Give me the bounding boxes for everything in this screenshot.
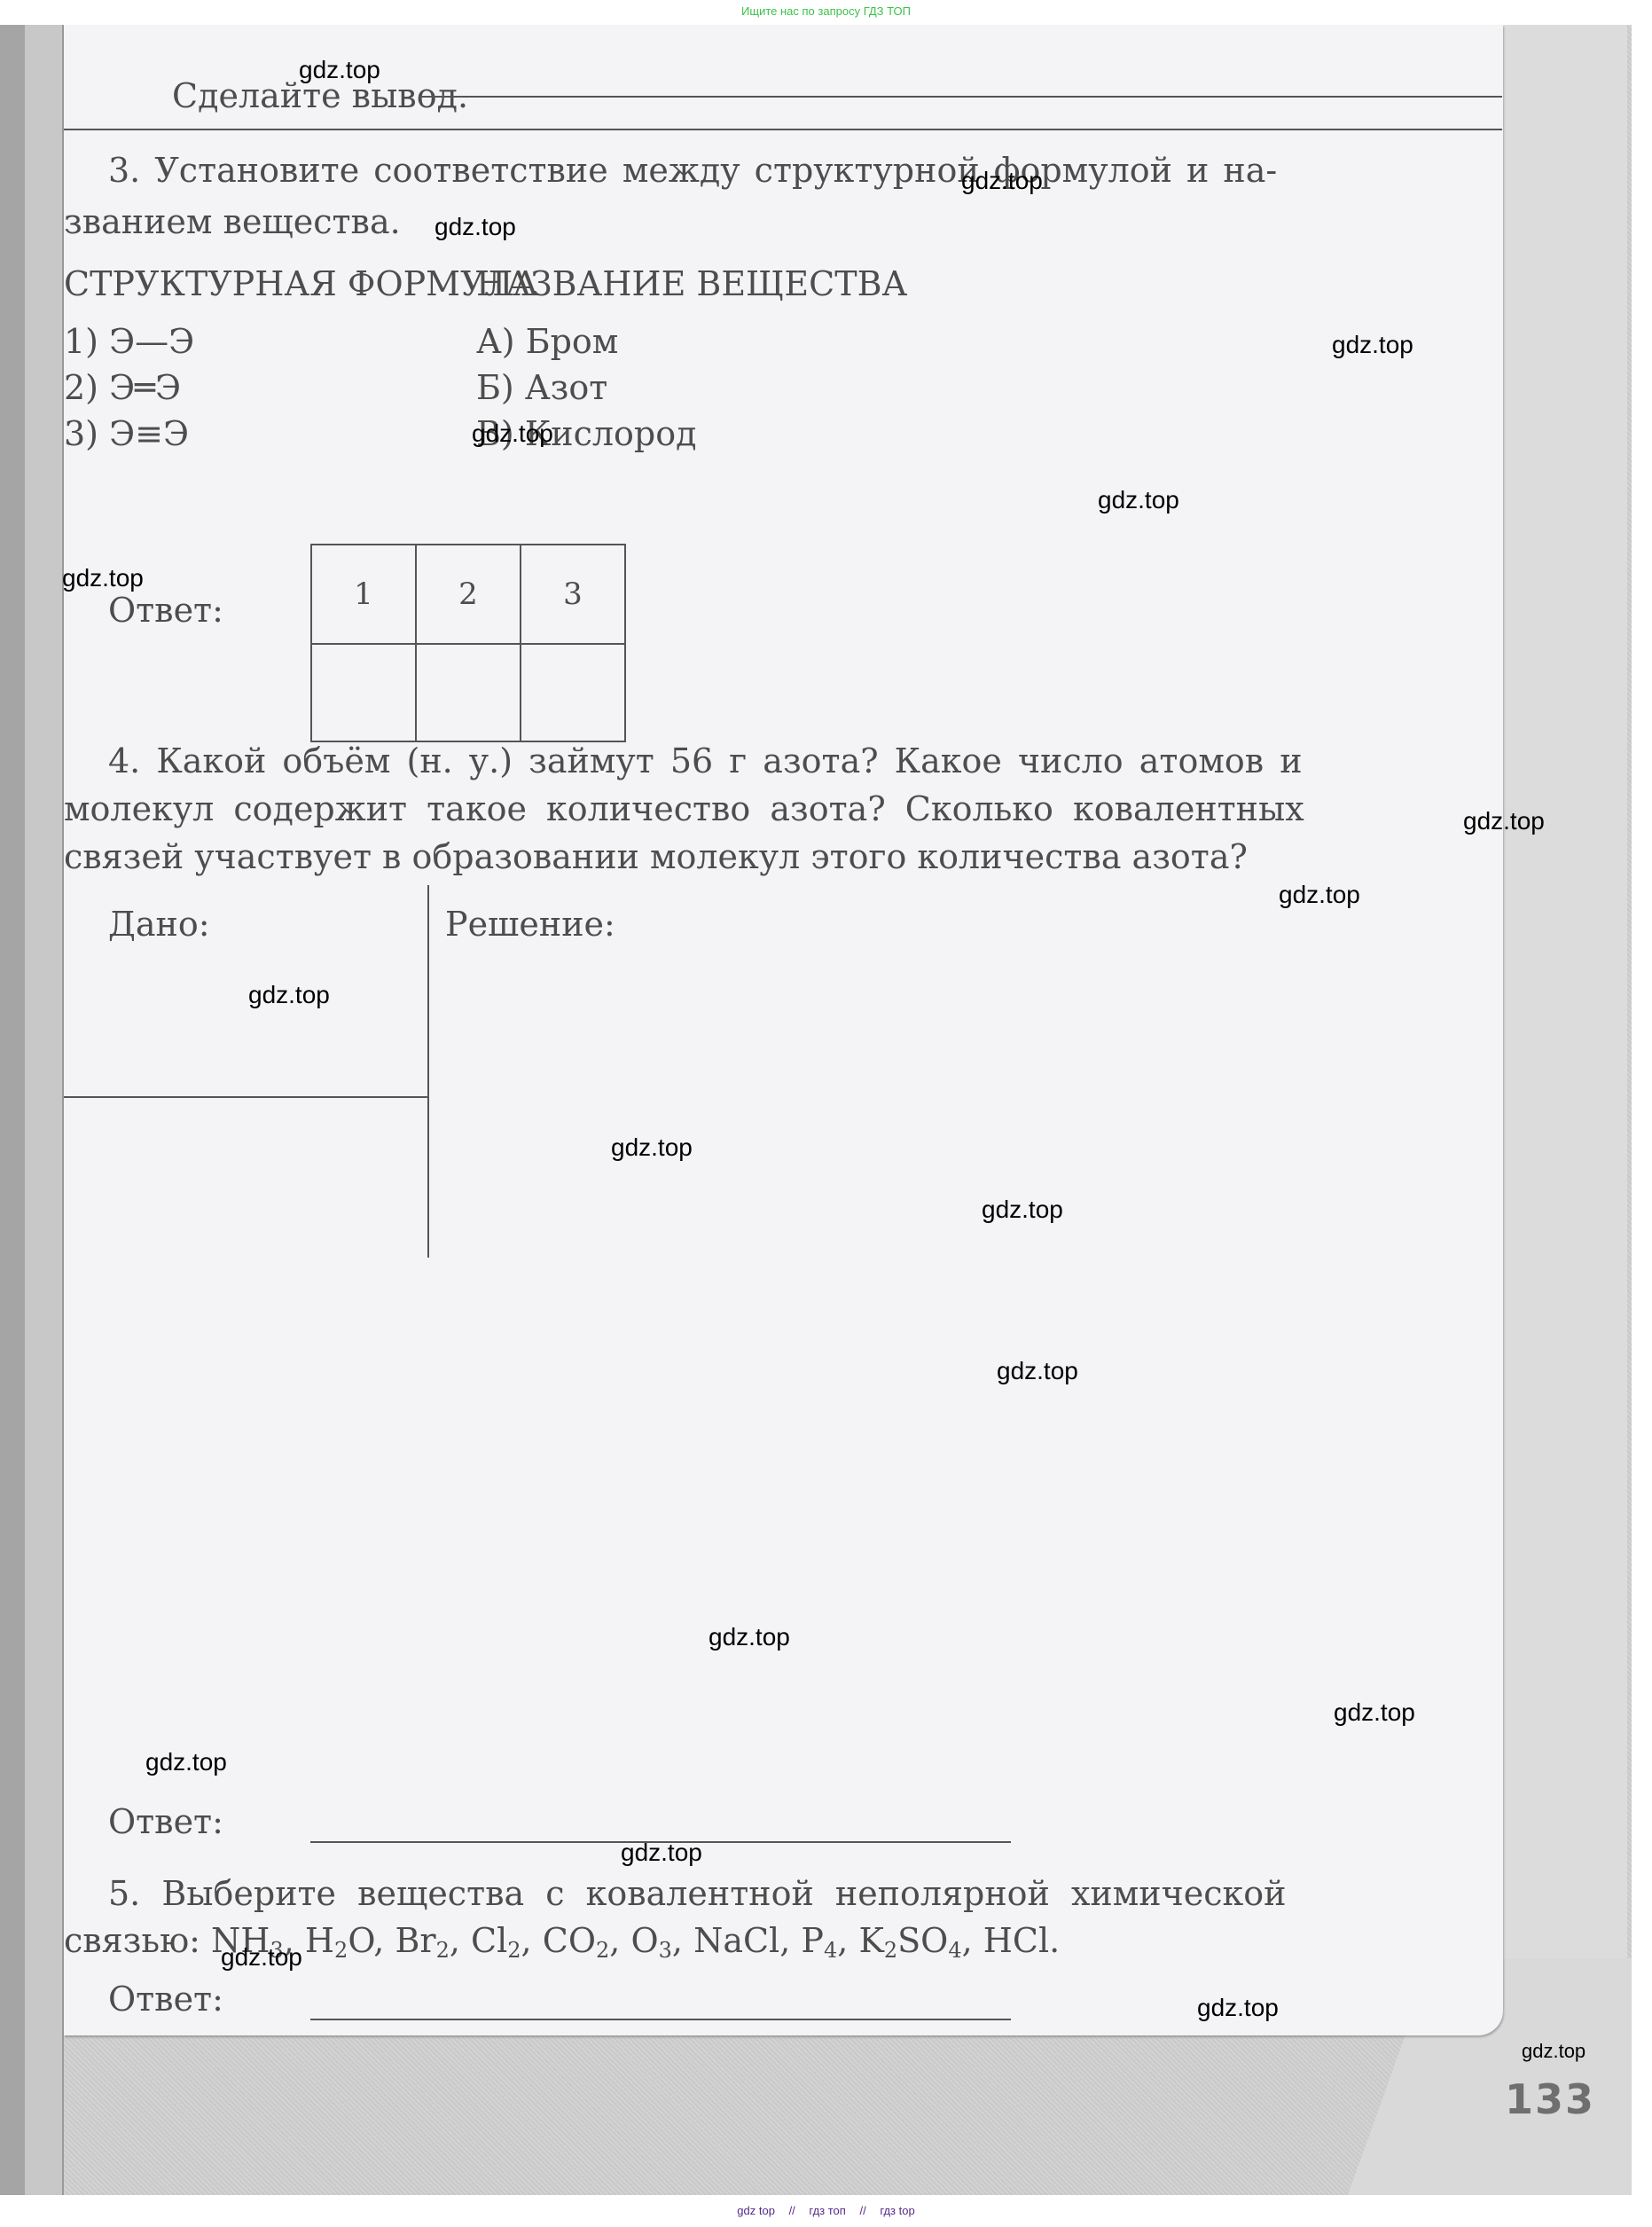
task5-answer-line[interactable] (310, 2019, 1011, 2020)
substance-item: CO2 (543, 1921, 610, 1960)
watermark: gdz.top (1332, 331, 1413, 359)
watermark: gdz.top (1334, 1698, 1415, 1727)
watermark: gdz.top (709, 1623, 790, 1651)
task4-text-line3: связей участвует в образовании молекул э… (64, 837, 1248, 876)
worksheet-card: Сделайте вывод. 3. Установите соответств… (64, 25, 1503, 2035)
watermark: gdz.top (1522, 2040, 1585, 2063)
watermark: gdz.top (221, 1943, 302, 1972)
task5-text-line1: 5. Выберите вещества с ковалентной непол… (108, 1874, 1286, 1913)
substance-item: NaCl (693, 1921, 779, 1960)
watermark: gdz.top (997, 1357, 1078, 1385)
watermark: gdz.top (1463, 807, 1545, 835)
substance-item: K2SO4 (858, 1921, 961, 1960)
formula-item-3: 3) Э≡Э (64, 414, 189, 453)
solution-area[interactable] (435, 952, 1490, 1785)
textbook-page: Сделайте вывод. 3. Установите соответств… (0, 25, 1632, 2195)
watermark: gdz.top (248, 981, 330, 1009)
watermark: gdz.top (611, 1133, 693, 1162)
task3-answer-label: Ответ: (108, 591, 223, 630)
footer: gdz top // гдз топ // гдз top (0, 2195, 1652, 2227)
name-column-header: НАЗВАНИЕ ВЕЩЕСТВА (476, 264, 907, 303)
footer-separator: // (789, 2204, 795, 2217)
answer-col-1-header: 1 (311, 545, 416, 644)
task4-text-line1: 4. Какой объём (н. у.) займут 56 г азота… (108, 741, 1303, 780)
watermark: gdz.top (472, 420, 553, 448)
task4-text-line2: молекул содержит такое количество азота?… (64, 789, 1304, 828)
conclusion-line-1[interactable] (419, 96, 1502, 98)
substance-list: NH3, H2O, Br2, Cl2, CO2, O3, NaCl, P4, K… (211, 1921, 1060, 1960)
substance-item: P4 (801, 1921, 837, 1960)
given-solution-divider (427, 885, 429, 1258)
watermark: gdz.top (145, 1748, 227, 1776)
watermark: gdz.top (62, 564, 144, 592)
task5-prefix: связью: (64, 1921, 200, 1960)
substance-item: Br2 (395, 1921, 449, 1960)
book-spine (0, 25, 25, 2195)
watermark: gdz.top (621, 1839, 702, 1867)
footer-separator: // (859, 2204, 865, 2217)
top-banner: Ищите нас по запросу ГДЗ ТОП (0, 0, 1652, 25)
watermark: gdz.top (1098, 486, 1179, 514)
task5-answer-label: Ответ: (108, 1980, 223, 2019)
name-item-b: Б) Азот (476, 368, 607, 407)
task5-text-line2: связью: NH3, H2O, Br2, Cl2, CO2, O3, NaC… (64, 1921, 1060, 1963)
name-item-a: А) Бром (476, 322, 618, 361)
task3-text-line2: званием вещества. (64, 202, 401, 241)
substance-item: Cl2 (471, 1921, 521, 1960)
answer-col-3-header: 3 (521, 545, 625, 644)
answer-cell-3[interactable] (521, 644, 625, 741)
substance-item: H2O (305, 1921, 373, 1960)
given-area[interactable] (64, 952, 423, 1094)
watermark: gdz.top (435, 213, 516, 241)
watermark: gdz.top (1197, 1994, 1279, 2022)
watermark: gdz.top (299, 56, 380, 84)
answer-cell-1[interactable] (311, 644, 416, 741)
watermark: gdz.top (982, 1196, 1063, 1224)
formula-column-header: СТРУКТУРНАЯ ФОРМУЛА (64, 264, 538, 303)
answer-col-2-header: 2 (416, 545, 521, 644)
task4-answer-label: Ответ: (108, 1802, 223, 1841)
formula-item-1: 1) Э—Э (64, 322, 194, 361)
substance-item: HCl (983, 1921, 1049, 1960)
given-label: Дано: (108, 905, 210, 944)
task3-text-line1: 3. Установите соответствие между структу… (108, 151, 1277, 190)
conclusion-line-2[interactable] (64, 129, 1502, 130)
page-number: 133 (1505, 2075, 1595, 2123)
page-margin-right (1503, 25, 1627, 2195)
solution-label: Решение: (445, 905, 615, 944)
banner-text: Ищите нас по запросу ГДЗ ТОП (741, 4, 911, 18)
answer-cell-2[interactable] (416, 644, 521, 741)
footer-link-gdz-top[interactable]: gdz top (737, 2204, 775, 2217)
given-underline (64, 1096, 429, 1098)
watermark: gdz.top (1279, 881, 1360, 909)
substance-item: O3 (630, 1921, 671, 1960)
footer-link-gdz-top-mixed[interactable]: гдз top (880, 2204, 914, 2217)
page-edge (25, 25, 64, 2195)
task3-answer-grid: 1 2 3 (310, 544, 626, 742)
formula-item-2: 2) Э═Э (64, 368, 181, 407)
watermark: gdz.top (961, 167, 1043, 195)
footer-link-gdz-top-ru[interactable]: гдз топ (809, 2204, 845, 2217)
